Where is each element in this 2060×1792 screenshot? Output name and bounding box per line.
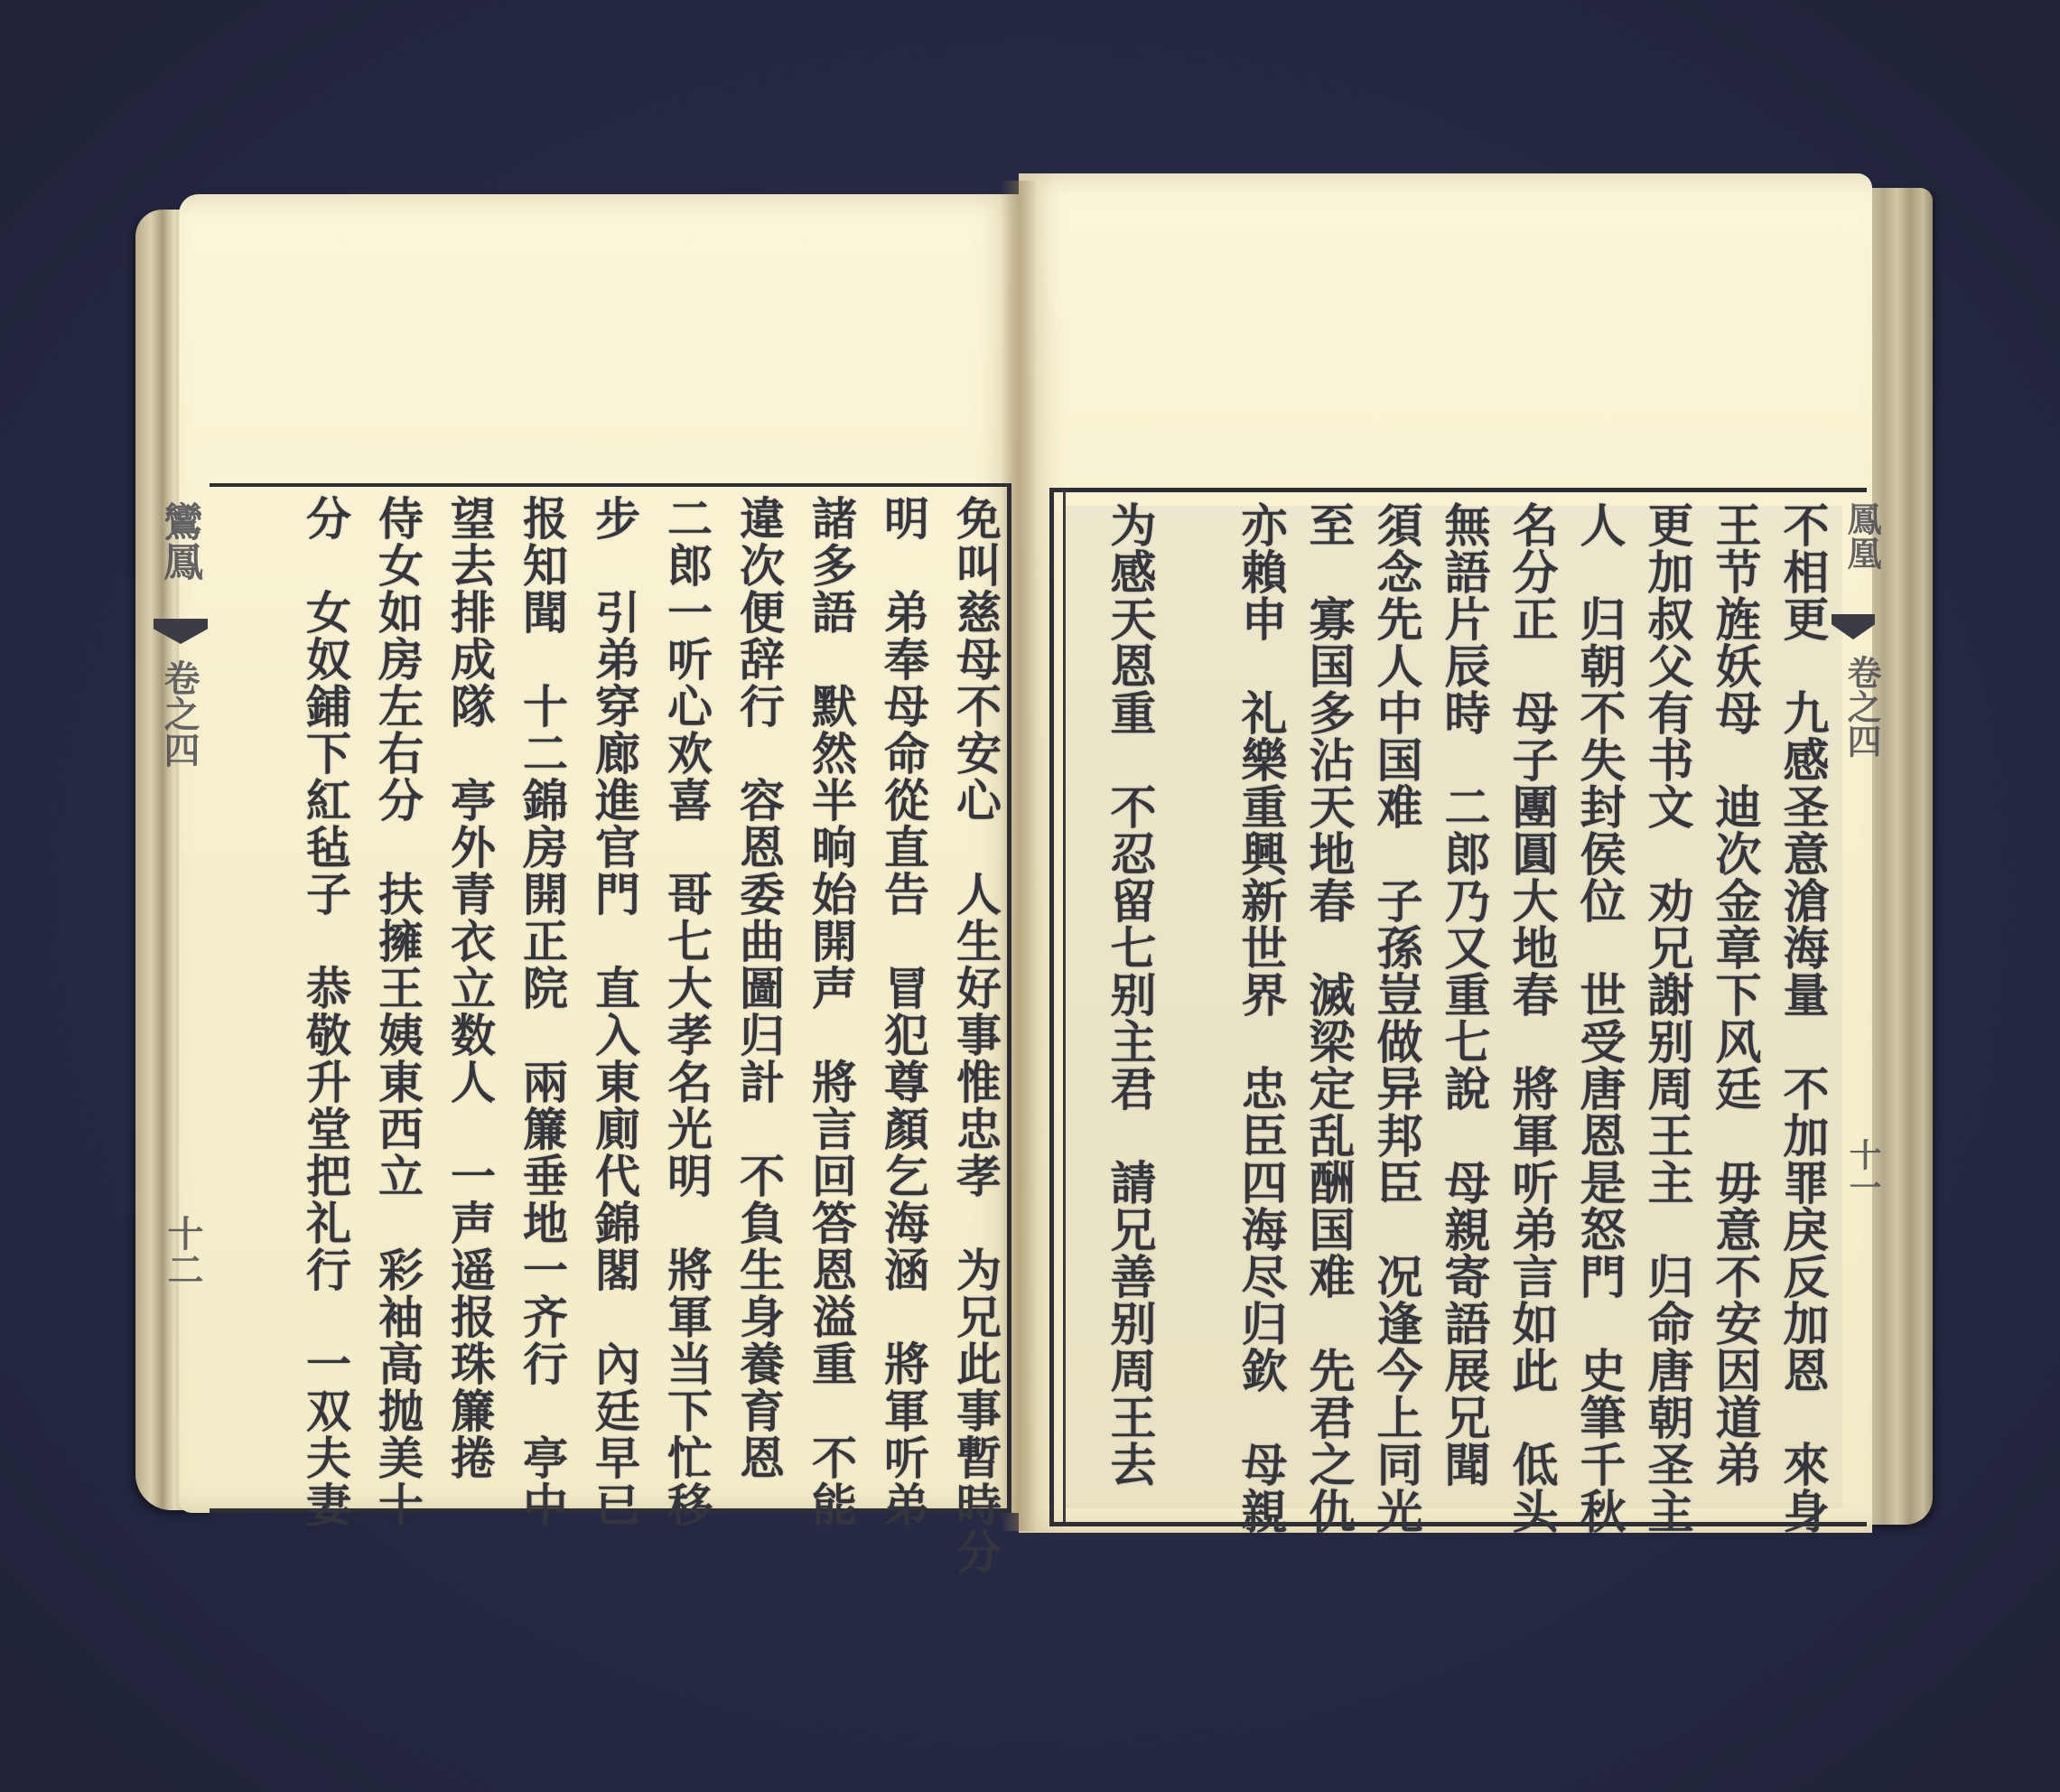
text-column: 違次便辞行 容恩委曲圖归計 不負生身養育恩 [732,495,786,1481]
right-fold-marker: 鳳凰 卷之四 十一 [1842,488,1873,1526]
text-column: 亦賴申 礼樂重興新世界 忠臣四海尽归欽 母親 [1233,501,1287,1535]
text-column: 明 弟奉母命從直告 冒犯尊顏乞海涵 將軍听弟 [876,495,930,1528]
left-fold-marker: 鸞鳳 卷之四 十二 [144,483,208,1513]
text-column: 报知聞 十二錦房開正院 兩簾垂地一齐行 亭中 [515,495,569,1528]
text-column: 至 寡国多沾天地春 滅梁定乱酬国难 先君之仇 [1300,501,1355,1535]
text-column: 免叫慈母不安心 人生好事惟忠孝 为兄此事暫時分 [948,495,1002,1575]
fold-volume: 卷之四 [154,659,205,768]
text-column: 为感天恩重 不忍留七别主君 請兄善别周王去 [1102,501,1156,1488]
text-column: 諸多語 默然半晌始開声 將言回答恩溢重 不能 [804,495,858,1528]
open-book-spread: 鸞鳳 卷之四 十二 鳳凰 卷之四 十一 免叫慈母不安心 人生好事惟忠孝 为兄此事… [0,0,2060,1792]
fish-tail-mark [154,619,208,644]
text-column: 二郎一听心欢喜 哥七大孝名光明 將軍当下忙移 [659,495,713,1528]
text-column: 王节旌妖母 迪次金章下风廷 毋意不安因道弟 [1707,501,1761,1488]
right-frame-inner-rule [1063,490,1066,1522]
fold-book-title: 鳳凰 [1837,501,1887,570]
fold-page-number: 十一 [1841,1138,1887,1203]
text-column: 須念先人中国难 子孫豈做异邦臣 况逢今上同光 [1368,501,1422,1535]
right-page-edges [1868,188,1933,1525]
text-column: 不相更 九感圣意滄海量 不加罪戾反加恩 來身 [1775,501,1829,1535]
text-column: 更加叔父有书文 劝兄謝别周王主 归命唐朝圣主 [1639,501,1693,1535]
fold-page-number: 十二 [157,1215,209,1287]
text-column: 分 女奴鋪下紅毡子 恭敬升堂把礼行 一双夫妻 [298,495,352,1528]
fold-book-title: 鸞鳳 [150,501,208,581]
text-column: 侍女如房左右分 扶擁王姨東西立 彩袖高抛美十 [370,495,424,1528]
text-column: 人 归朝不失封侯位 世受唐恩是怒門 史筆千秋 [1571,501,1626,1535]
text-column: 望去排成隊 亭外青衣立数人 一声遥报珠簾捲 [443,495,497,1481]
fold-volume: 卷之四 [1837,655,1887,758]
text-column: 無語片辰時 二郎乃又重七說 母親寄語展兄聞 [1436,501,1490,1488]
text-column: 步 引弟穿廊進官門 直入東廁代錦閣 內廷早已 [587,495,641,1528]
text-column: 名分正 母子團圓大地春 將軍听弟言如此 低头 [1504,501,1558,1535]
